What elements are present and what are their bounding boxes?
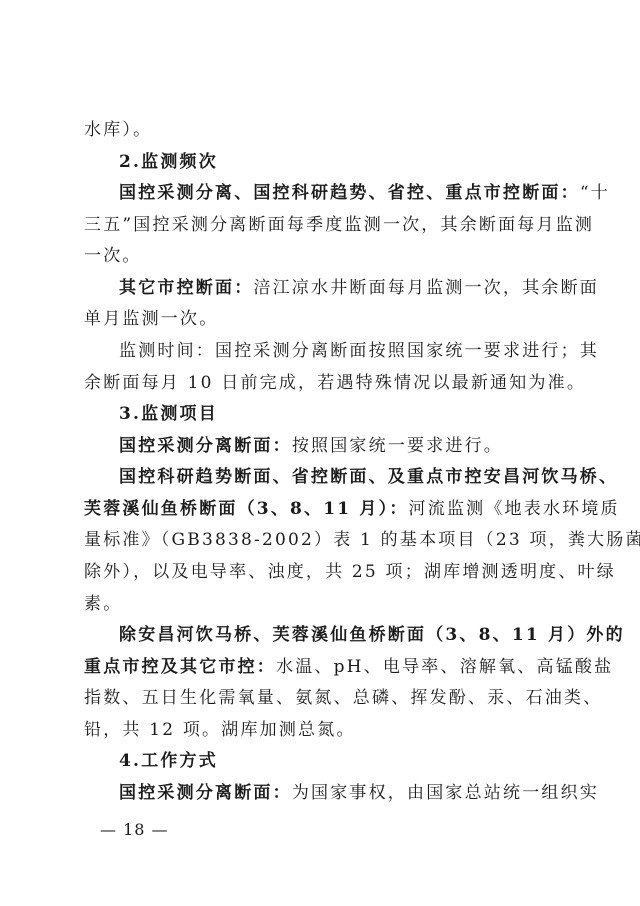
page-number: — 18 — bbox=[100, 820, 169, 839]
text-line-12: 国控科研趋势断面、省控断面、及重点市控安昌河饮马桥、 bbox=[119, 467, 618, 487]
text-line-22: 国控采测分离断面：为国家事权，由国家总站统一组织实 bbox=[119, 783, 599, 803]
text-line-17: 除安昌河饮马桥、芙蓉溪仙鱼桥断面（3、8、11 月）外的 bbox=[119, 625, 625, 645]
text-line-6: 其它市控断面：涪江凉水井断面每月监测一次，其余断面 bbox=[119, 278, 599, 298]
text-line-18: 重点市控及其它市控：水温、pH、电导率、溶解氧、高锰酸盐 bbox=[84, 657, 613, 677]
text-line-1: 水库）。 bbox=[84, 120, 152, 140]
text-line-16: 素。 bbox=[84, 594, 122, 614]
text-line-3: 国控采测分离、国控科研趋势、省控、重点市控断面：“十 bbox=[119, 183, 610, 203]
text-line-14: 量标准》（GB3838-2002）表 1 的基本项目（23 项，粪大肠菌群 bbox=[84, 530, 640, 550]
section-heading-items: 3.监测项目 bbox=[119, 404, 218, 424]
section-heading-method: 4.工作方式 bbox=[119, 751, 218, 771]
text-line-8: 监测时间：国控采测分离断面按照国家统一要求进行；其 bbox=[119, 341, 599, 361]
section-heading-frequency: 2.监测频次 bbox=[119, 152, 218, 172]
text-line-11: 国控采测分离断面：按照国家统一要求进行。 bbox=[119, 436, 503, 456]
text-line-13: 芙蓉溪仙鱼桥断面（3、8、11 月）：河流监测《地表水环境质 bbox=[84, 499, 620, 519]
text-line-15: 除外），以及电导率、浊度，共 25 项；湖库增测透明度、叶绿 bbox=[84, 562, 616, 582]
text-line-9: 余断面每月 10 日前完成，若遇特殊情况以最新通知为准。 bbox=[84, 373, 586, 393]
text-line-7: 单月监测一次。 bbox=[84, 309, 218, 329]
text-line-4: 三五”国控采测分离断面每季度监测一次，其余断面每月监测 bbox=[84, 215, 594, 235]
text-line-5: 一次。 bbox=[84, 246, 142, 266]
text-line-20: 铅，共 12 项。湖库加测总氮。 bbox=[84, 720, 356, 740]
text-line-19: 指数、五日生化需氧量、氨氮、总磷、挥发酚、汞、石油类、 bbox=[84, 688, 602, 708]
